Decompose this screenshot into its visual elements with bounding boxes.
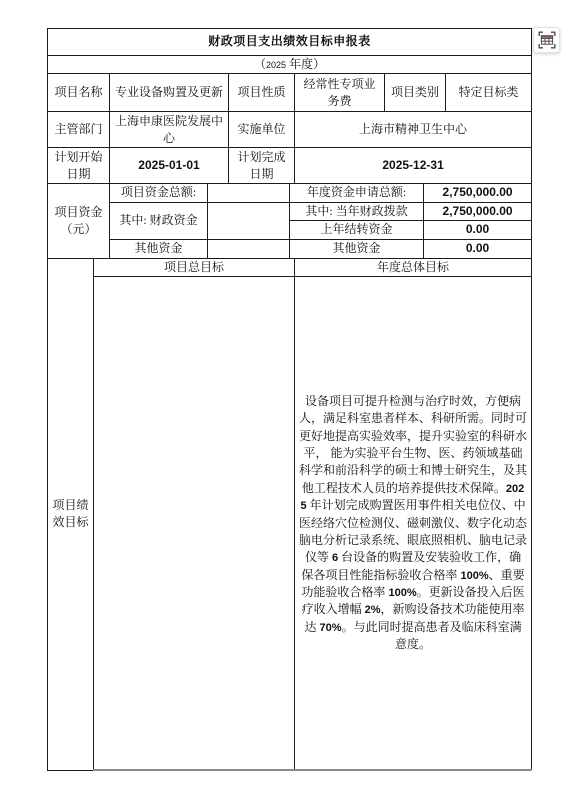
- page-title: 财政项目支出绩效目标申报表: [48, 29, 532, 56]
- total-goal-header: 项目总目标: [94, 258, 295, 276]
- performance-section-label: 项目绩效目标: [48, 258, 94, 770]
- total-goal-text: [94, 276, 295, 770]
- funds-other-label: 其他资金: [110, 239, 208, 258]
- dept-label: 主管部门: [48, 112, 110, 148]
- declaration-form-table: 财政项目支出绩效目标申报表 （2025 年度） 项目名称 专业设备购置及更新 项…: [47, 28, 532, 771]
- funds-annual-total-label: 年度资金申请总额:: [290, 184, 424, 202]
- project-category-value: 特定目标类: [446, 74, 532, 112]
- unit-value: 上海市精神卫生中心: [295, 112, 532, 148]
- start-date-value: 2025-01-01: [110, 148, 229, 184]
- start-date-label: 计划开始日期: [48, 148, 110, 184]
- dept-value: 上海申康医院发展中心: [110, 112, 229, 148]
- funds-section-label: 项目资金（元）: [48, 184, 110, 258]
- project-name-label: 项目名称: [48, 74, 110, 112]
- funds-annual-fiscal-value: 2,750,000.00: [424, 202, 532, 220]
- funds-annual-fiscal-label: 其中: 当年财政拨款: [290, 202, 424, 220]
- funds-fiscal-value: [208, 202, 290, 239]
- funds-annual-total-value: 2,750,000.00: [424, 184, 532, 202]
- unit-label: 实施单位: [229, 112, 295, 148]
- end-date-label: 计划完成日期: [229, 148, 295, 184]
- project-name-value: 专业设备购置及更新: [110, 74, 229, 112]
- funds-total-label: 项目资金总额:: [110, 184, 208, 202]
- page-subtitle: （2025 年度）: [48, 56, 532, 74]
- funds-carryover-label: 上年结转资金: [290, 221, 424, 239]
- funds-annual-other-label: 其他资金: [290, 239, 424, 258]
- annual-goal-header: 年度总体目标: [295, 258, 532, 276]
- table-capture-button[interactable]: [533, 27, 560, 53]
- project-category-label: 项目类别: [385, 74, 446, 112]
- funds-carryover-value: 0.00: [424, 221, 532, 239]
- project-nature-value: 经常性专项业务费: [295, 74, 385, 112]
- table-capture-icon: [538, 31, 556, 49]
- funds-fiscal-label: 其中: 财政资金: [110, 202, 208, 239]
- funds-annual-other-value: 0.00: [424, 239, 532, 258]
- project-nature-label: 项目性质: [229, 74, 295, 112]
- end-date-value: 2025-12-31: [295, 148, 532, 184]
- funds-other-value: [208, 239, 290, 258]
- annual-goal-text: 设备项目可提升检测与治疗时效，方便病人，满足科室患者样本、科研所需。同时可更好地…: [295, 276, 532, 770]
- funds-total-value: [208, 184, 290, 202]
- page: { "page": { "title": "财政项目支出绩效目标申报表", "s…: [0, 0, 581, 812]
